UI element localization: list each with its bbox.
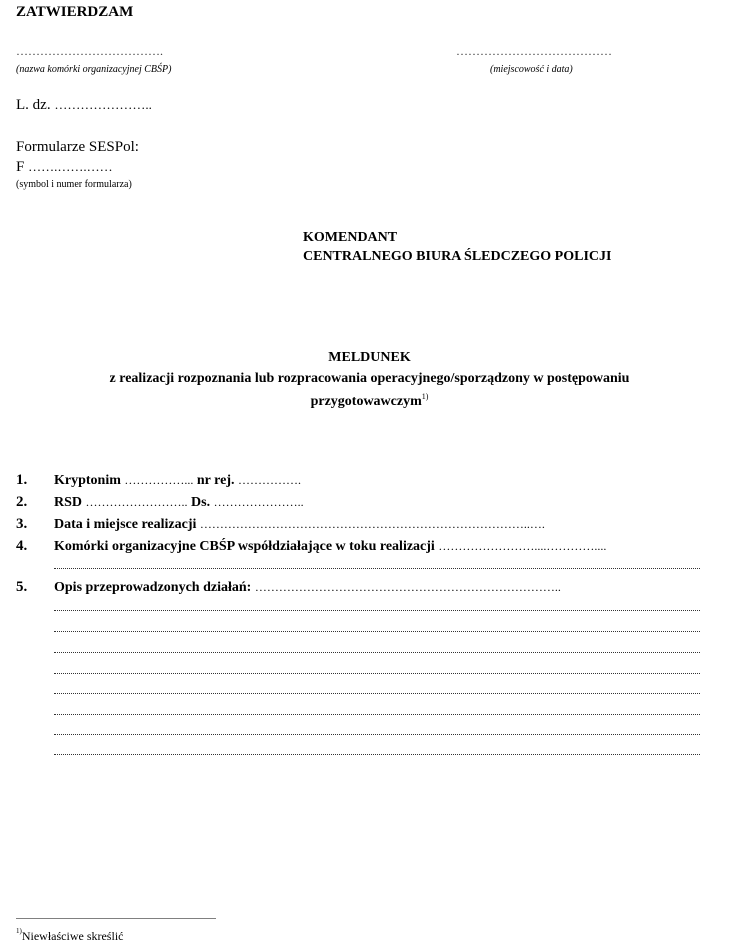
item-4-number: 4.: [16, 538, 27, 555]
description-line[interactable]: [54, 713, 700, 715]
form-symbol-field[interactable]: …….…….……: [28, 159, 113, 174]
addressee-line2: CENTRALNEGO BIURA ŚLEDCZEGO POLICJI: [303, 249, 611, 265]
description-line[interactable]: [54, 609, 700, 611]
footnote-text: Niewłaściwe skreślić: [22, 929, 124, 943]
date-place-field[interactable]: ………………………………………………………………………..….: [200, 517, 545, 531]
description-line[interactable]: [54, 651, 700, 653]
footnote-ref: 1): [422, 392, 429, 401]
item-5-label: Opis przeprowadzonych działań:: [54, 580, 251, 595]
place-date-caption: (miejscowość i data): [490, 64, 573, 75]
item-2-number: 2.: [16, 494, 27, 511]
unit-name-field[interactable]: ……………………………….: [16, 44, 163, 59]
description-field[interactable]: …………………………………………………………………..: [255, 580, 561, 594]
document-subtitle-line2: przygotowawczym1): [0, 394, 739, 410]
item-3-label: Data i miejsce realizacji: [54, 517, 196, 532]
ldz-row: L. dz. …………………..: [16, 97, 152, 114]
description-line[interactable]: [54, 630, 700, 632]
item-2-rsd: RSD …………………….. Ds. …………………..: [54, 495, 304, 511]
description-line[interactable]: [54, 692, 700, 694]
form-caption: (symbol i numer formularza): [16, 179, 132, 190]
item-3-number: 3.: [16, 516, 27, 533]
form-row: F …….…….……: [16, 159, 113, 176]
item-1-kryptonim: Kryptonim ……………... nr rej. …………….: [54, 473, 301, 489]
footnote-separator: [16, 918, 216, 919]
unit-name-caption: (nazwa komórki organizacyjnej CBŚP): [16, 64, 171, 75]
approve-label: ZATWIERDZAM: [16, 4, 133, 21]
item-4-units: Komórki organizacyjne CBŚP współdziałają…: [54, 539, 606, 555]
item-5-description: Opis przeprowadzonych działań: …………………………: [54, 580, 561, 596]
footnote-mark: 1): [16, 927, 22, 935]
item-2-label: RSD: [54, 495, 82, 510]
ds-field[interactable]: …………………..: [214, 495, 304, 509]
units-field[interactable]: ……………………....…………....: [438, 539, 606, 553]
addressee-line1: KOMENDANT: [303, 230, 397, 246]
item-1-label: Kryptonim: [54, 473, 121, 488]
item-2-label2: Ds.: [191, 495, 210, 510]
ldz-field[interactable]: …………………..: [54, 97, 152, 112]
item-3-date-place: Data i miejsce realizacji ………………………………………: [54, 517, 545, 533]
item-5-number: 5.: [16, 579, 27, 596]
form-prefix: F: [16, 159, 24, 175]
rsd-field[interactable]: ……………………..: [86, 495, 188, 509]
kryptonim-field[interactable]: ……………...: [124, 473, 193, 487]
nr-rej-field[interactable]: …………….: [238, 473, 301, 487]
item-4-label: Komórki organizacyjne CBŚP współdziałają…: [54, 539, 435, 554]
document-title: MELDUNEK: [0, 350, 739, 366]
subtitle-text: przygotowawczym: [311, 394, 422, 409]
description-line[interactable]: [54, 672, 700, 674]
description-line[interactable]: [54, 753, 700, 755]
ldz-label: L. dz.: [16, 97, 51, 113]
item-1-label2: nr rej.: [197, 473, 235, 488]
document-subtitle-line1: z realizacji rozpoznania lub rozpracowan…: [0, 371, 739, 387]
description-line[interactable]: [54, 733, 700, 735]
item-1-number: 1.: [16, 472, 27, 489]
place-date-field[interactable]: …………………………………: [456, 44, 612, 59]
footnote: 1)Niewłaściwe skreślić: [16, 929, 123, 944]
units-field-continuation[interactable]: [54, 567, 700, 569]
forms-label: Formularze SESPol:: [16, 139, 139, 156]
